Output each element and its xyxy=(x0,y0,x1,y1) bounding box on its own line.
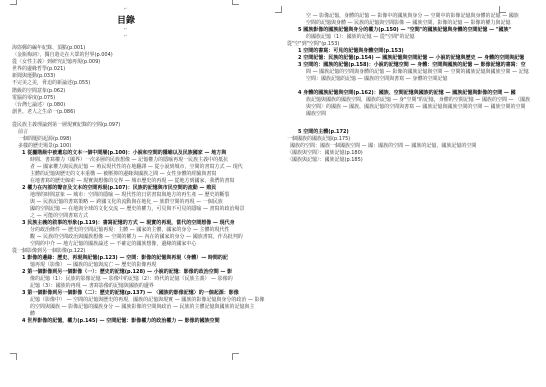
toc-entry: 空間的中介 — 地方記憶的國族論述 — 不確定的國族想像，邊緣的國家中心 xyxy=(30,241,196,247)
toc-entry: 世界的邊緣哲學(p.021) xyxy=(12,66,65,72)
toc-entry: 多樣的歷史場景(p.100) xyxy=(18,143,71,149)
toc-entry: 分的政治條件 — 歷史的空間記憶再現：主體 — 國家的主體，國家的身分 — 主體… xyxy=(30,227,230,233)
crop-mark-bottom-right xyxy=(232,353,239,360)
toc-entry: 3 民族主義的敘事的形象(p.119)：書寫記憶的方式 — 現實的再現，當代的空… xyxy=(22,220,235,226)
paragraph-mark: ↵ xyxy=(124,26,127,31)
toc-entry: 3 空間的：國族的記憶(p.158)：小說的記憶空間 — 身體：空間與國族的記憶… xyxy=(298,62,526,68)
paragraph-mark: ↵ xyxy=(124,33,127,38)
toc-entry: 從〈女性主義〉到研究記憶再現(p.009) xyxy=(12,59,100,65)
toc-entry: 觀 — 民族的空間政治與國族想像 — 空間的權力 — 內在的國家的身分 — 國族… xyxy=(30,234,243,240)
toc-entry: 前言 xyxy=(18,129,28,135)
toc-entry: 〈國族與空間〉：國族記憶(p.180) xyxy=(287,150,363,156)
crop-mark-top-left xyxy=(275,6,282,13)
toc-entry: 新聞與運動(p.033) xyxy=(12,73,55,79)
toc-entry: 〈台灣七論述〉(p.080) xyxy=(12,102,65,108)
toc-entry: 國族空間 xyxy=(306,111,326,117)
toc-entry: 〈國族與記憶〉：國族記憶(p.185) xyxy=(287,157,363,163)
toc-entry: 國的空間記憶 — 在地與全球的文化交流 — 歷史的權力，可見與不可見的隱喻 — … xyxy=(30,206,245,212)
toc-entry: 不完美之美，脅迫的新論述(p.055) xyxy=(12,80,90,86)
toc-entry: 從民族主義理論到第一層現實紀錄的空間(p.097) xyxy=(12,122,120,128)
crop-mark-bottom-left xyxy=(10,353,17,360)
crop-mark-top-right xyxy=(499,6,506,13)
toc-entry: 空間：國族記憶的記憶 — 國族的空間與書寫 — 身體的空間記憶 xyxy=(306,76,447,82)
toc-entry: 4 世界影像的記憶，權力(p.145) — 空間記憶：影像權力的政治權力 — 影… xyxy=(22,318,220,324)
toc-entry: 4 身體的國族記憶與空間(p.162)：國族、空間記憶與國族的記憶 — 國族記憶… xyxy=(298,90,516,96)
toc-entry: 主體的記憶與歷史的文本重構 — 被壓抑的邊緣與國族之間 — 女性身體的經驗與書寫 xyxy=(30,171,216,177)
toc-entry: 1 影像的邊緣：歷史、再現與記憶(p.123) — 空間：影像的記憶與再現（身體… xyxy=(22,255,228,261)
toc-entry: 記憶（3）：國族的再現 — 書寫影像的記憶與國族的邊界 xyxy=(30,283,154,289)
toc-entry: 從一個影像到另一個影像(p.122) xyxy=(12,248,85,254)
toc-entry: 國族的空間：國族一個國族空間 — 國：國族的空間 — 國族的記憶，國族記憶的空間 xyxy=(290,143,476,149)
toc-entry: 5 空間的主體(p.172) xyxy=(298,129,349,135)
toc-entry: 2 權力在內部的聲音及文本的空間再現(p.107)：民族的記憶與市民空間的流動 … xyxy=(22,185,216,191)
toc-entry: 1 從屬階級中被遺忘的文本一個中間層(p.100)：小說和空間的隱喻以及民族國家… xyxy=(22,150,226,156)
toc-entry: 像的記憶（1）：民族的影像記憶 — 影像中的記憶（2）：時代的記憶（民族主義） … xyxy=(30,276,233,282)
toc-entry: 間 — 國族記憶的空間與身體的記憶 — 影像的國族記憶與空間 — 空間的國族記憶… xyxy=(306,69,529,75)
toc-entry: 與空間〉的國族 — 國族，國族記憶的空間與書寫 — 國族記憶與國族空間的空間 —… xyxy=(306,104,526,110)
toc-entry: 與 — 民族記憶的書寫策略 — 跨國文化的流動與在地化 — 族群空間的再現 — … xyxy=(30,199,223,205)
toc-entry: 時間、書寫權力（國界）一次多層的民族想像 — 記憶權力的隱喻再現一民族主義中的抵… xyxy=(30,157,228,163)
toc-entry: 5 國族影像的國族記憶與身分的權力(p.150) — "空間"的國族記憶與身體的… xyxy=(298,27,511,33)
toc-entry: 空 — 影像記憶，身體的記憶 — 影像中的國族與身分 — 空間中的影像記憶與身體… xyxy=(306,13,519,19)
paragraph-mark: ↵ xyxy=(124,6,127,11)
toc-entry: 地理的時間意象 — 城市：空間的隱喻 — 現代性的日常書寫與地方的再生產 — 歷… xyxy=(30,192,230,198)
toc-entry: 記憶（影像中） — 空間的記憶與歷史的再現，國族的記憶與現實 — 國族的影像記憶… xyxy=(30,297,265,303)
toc-entry: 創世、老人之生命一(p.086) xyxy=(12,109,75,115)
toc-entry: 者 — 國家權力與民族記憶 — 殖民現代性的在地翻譯 — 從小說到城市，空間的書… xyxy=(30,164,243,170)
toc-entry: 3 第一個影像到另一個影像（二）：歷史的記憶(p.137) — 〈國族的影像記憶… xyxy=(22,290,239,296)
crop-mark-top-left xyxy=(10,0,17,5)
left-page: ↵ 目錄 ↵ ↵ 海盜郵的編年紀錄、頂點(p.001)〈金瓶梅詞〉，獨自遊走在大… xyxy=(0,0,273,387)
toc-entry: 的國族記憶（1）：國族的記憶 — 從"空間"的記憶 xyxy=(306,34,414,40)
toc-entry: 在地書寫的歷史線索 — 現實與想像的交界 — 城市歷史的再現 — 從地方到國家，… xyxy=(30,178,235,184)
toc-entry: 1 空間的書寫：可見的記憶與身體空間(p.153) xyxy=(298,48,404,54)
toc-entry: 的空間與國族 — 影像記憶的國族身分 — 國族影像的空間與政治 — 民族的主體記… xyxy=(30,304,255,310)
toc-entry: 之 — 可能的空間書寫方式 xyxy=(30,213,88,219)
toc-entry: 階級的空間意象(p.062) xyxy=(12,88,65,94)
right-page: 空 — 影像記憶，身體的記憶 — 影像中的國族與身分 — 空間中的影像記憶與身體… xyxy=(273,0,546,387)
toc-title: 目錄 xyxy=(117,13,135,26)
toc-entry: 從"空"到"空間"(p.153) xyxy=(287,41,339,47)
toc-entry: 憶再現（影像） — 國族的記憶與流亡 — 歷史的影像再現 xyxy=(30,262,156,268)
toc-entry: 一個問題的起源(p.098) xyxy=(18,136,71,142)
toc-entry: 空間的記憶與身體 — 民族的記憶與空間影像 — 國族空間，影像的記憶 — 影像的… xyxy=(306,20,511,26)
toc-entry: 海盜郵的編年紀錄、頂點(p.001) xyxy=(12,45,85,51)
toc-entry: 2 空間記憶：民族的記憶(p.154) — 國族記憶與空間記憶 — 小說的記憶與… xyxy=(298,55,524,61)
toc-entry: 體 xyxy=(30,311,35,317)
crop-mark-top-right xyxy=(232,0,239,5)
toc-entry: 電腦的零度(p.075) xyxy=(12,95,55,101)
toc-entry: 族記憶與國族的國族空間，國族的記憶 — 身"空間"的記憶，身體的空間記憶 — 國… xyxy=(306,97,530,103)
toc-entry: 2 第一個影像到另一個影像（一）：歷史的記憶(p.128) — 小說的記憶：影像… xyxy=(22,269,232,275)
toc-entry: 〈金瓶梅詞〉，獨自遊走在大眾的世界(p.004) xyxy=(12,52,113,58)
toc-entry: 一個國族的國族記憶(p.175) xyxy=(287,136,350,142)
